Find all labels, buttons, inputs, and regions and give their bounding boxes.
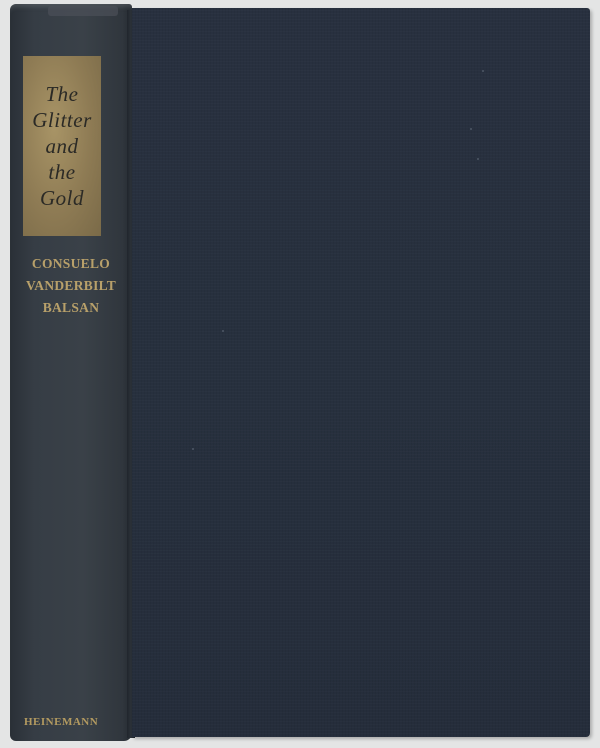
front-cover xyxy=(132,8,590,737)
cover-speck xyxy=(222,330,224,332)
title-line: Gold xyxy=(40,185,84,211)
author-line: CONSUELO xyxy=(10,256,132,272)
title-line: The xyxy=(46,81,79,107)
publisher-imprint: HEINEMANN xyxy=(24,716,114,728)
author-line: VANDERBILT xyxy=(10,278,132,294)
book-spine: The Glitter and the Gold CONSUELO VANDER… xyxy=(10,4,132,741)
author-line: BALSAN xyxy=(10,300,132,316)
cover-speck xyxy=(482,70,484,72)
spine-title-label: The Glitter and the Gold xyxy=(23,56,101,236)
cover-speck xyxy=(192,448,194,450)
spine-top-wear xyxy=(48,6,118,16)
title-line: the xyxy=(48,159,75,185)
title-line: and xyxy=(46,133,79,159)
cover-speck xyxy=(470,128,472,130)
title-line: Glitter xyxy=(32,107,92,133)
cover-speck xyxy=(477,158,479,160)
book: The Glitter and the Gold CONSUELO VANDER… xyxy=(8,4,592,741)
